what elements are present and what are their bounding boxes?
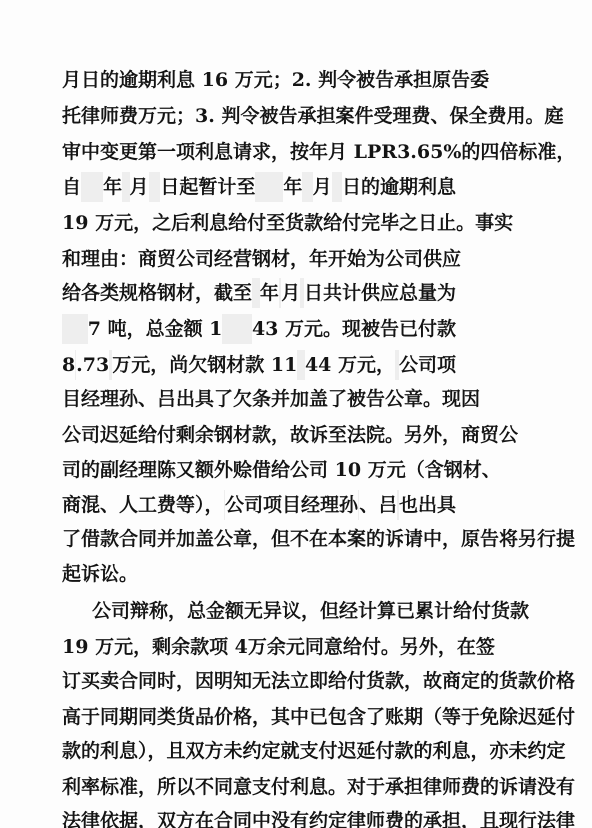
text-line: 托律师费 万元；3. 判令被告承担案件受理费、保全费用。庭 — [62, 101, 456, 131]
text-line: 8 .73 万元，尚欠钢材款 11 44 万元， 公司项 — [62, 350, 456, 380]
redaction-box — [222, 314, 252, 344]
text-line: 法律依据，双方在合同中没有约定律师费的承担，且现行法律 — [62, 806, 456, 828]
text-segment: 公司项目经理孙 — [225, 490, 358, 520]
text-segment: 托律师费 — [62, 101, 138, 131]
text-segment: 月 — [62, 65, 81, 95]
text-segment: 订买卖合同时，因明知无法立即给付货款，故商定的货款价格 — [62, 666, 575, 696]
text-line: 公司辩称，总金额无异议，但经计算已累计给付货款 — [92, 596, 456, 626]
text-segment: 9 万元，剩余款项 4 — [75, 632, 248, 662]
text-line: 商混、人工费等）， 公司项目经理孙 、吕 也出具 — [62, 490, 456, 520]
text-segment: 司的副经理陈 — [62, 455, 176, 485]
text-segment: 7 吨，总金额 1 — [88, 314, 223, 344]
text-line: 1 9 万元，剩余款项 4 万余元同意给付。另外，在签 — [62, 632, 456, 662]
redaction-box — [122, 172, 129, 202]
text-line: 自 年 月 日起暂计至 年 月 日的逾期利息 — [62, 172, 456, 202]
text-segment: 商混、人工费等）， — [62, 490, 224, 520]
text-segment: 月 — [281, 278, 300, 308]
text-segment: 万元；3. 判令被告承担案件受理费、保全费用。庭 — [138, 101, 563, 131]
text-segment: 年 — [103, 172, 122, 202]
text-segment: 商贸公司经营钢材， — [138, 244, 309, 274]
redaction-box — [297, 350, 305, 380]
text-segment: 目经理孙 — [62, 384, 138, 414]
text-segment: 出具了欠条并加盖了被告公章。现因 — [176, 384, 480, 414]
text-line: 公司迟延给付剩余钢材款，故诉至法院。另外， 商贸公 — [62, 420, 456, 450]
redaction-box — [255, 172, 283, 202]
text-segment: 起诉讼。 — [62, 559, 138, 589]
text-segment: 1 — [62, 632, 75, 662]
text-segment: 公司迟延给付剩余钢材款，故诉至法院。另外， — [62, 420, 461, 450]
text-segment: 日的逾期利息 — [342, 172, 456, 202]
text-segment: .73 — [76, 350, 109, 380]
text-line: 了借款合同并加盖公章，但不在本案的诉请中，原告将另行提 — [62, 524, 456, 554]
redaction-box — [149, 172, 161, 202]
text-segment: 公司 1 — [290, 455, 348, 485]
text-segment: 商贸公 — [461, 420, 518, 450]
text-segment: 高于同期同类货品价格，其中已包含了账期（等于免除迟延付 — [62, 702, 575, 732]
text-segment: 万元，尚欠钢材款 11 — [112, 350, 297, 380]
text-segment: 款的利息），且双方未约定就支付迟延付款的利息，亦未约定 — [62, 736, 566, 766]
text-segment: 、吕 — [138, 384, 176, 414]
text-segment: 、吕 — [359, 490, 397, 520]
text-segment: 月 — [130, 172, 149, 202]
document-page: 月 日的逾期利息 1 6 万元；2. 判令被告承担原告委 托律师费 万元；3. … — [0, 0, 592, 828]
text-line: 月 日的逾期利息 1 6 万元；2. 判令被告承担原告委 — [62, 65, 456, 95]
redaction-box — [81, 172, 103, 202]
text-segment: 月 — [313, 172, 332, 202]
redaction-box — [302, 172, 312, 202]
text-line: 利率标准，所以不同意支付利息。对于承担律师费的诉请没有 — [62, 772, 456, 802]
redaction-box — [332, 172, 342, 202]
text-segment: 公司项 — [399, 350, 456, 380]
text-line: 订买卖合同时，因明知无法立即给付货款，故商定的货款价格 — [62, 666, 456, 696]
text-segment: 8 — [62, 350, 75, 380]
text-segment: 也出具 — [399, 490, 456, 520]
text-segment: 日的逾期利息 1 — [81, 65, 215, 95]
text-segment: 年 — [283, 172, 302, 202]
text-segment: 43 万元。现被告已付款 — [252, 314, 456, 344]
text-segment: 44 万元， — [305, 350, 395, 380]
text-line: 和理由： 商贸公司经营钢材， 年开始为 公司供应 — [62, 244, 456, 274]
text-segment: 审中变更第一项利息请求，按 — [62, 137, 309, 167]
text-segment: 了借款合同并加盖公章，但不在本案的诉请中，原告将另行提 — [62, 524, 575, 554]
text-segment: 和理由： — [62, 244, 138, 274]
text-segment: 日起暂计至 — [160, 172, 255, 202]
text-line: 司的副经理陈 又额外赊借给 公司 1 0 万元（含钢材、 — [62, 455, 456, 485]
text-segment: 法律依据，双方在合同中没有约定律师费的承担，且现行法律 — [62, 806, 575, 828]
text-segment: 日共计供应总量为 — [304, 278, 456, 308]
text-segment: 又额外赊借给 — [176, 455, 290, 485]
text-segment: 0 万元（含钢材、 — [348, 455, 501, 485]
text-line: 7 吨，总金额 1 43 万元。现被告已付款 — [62, 314, 456, 344]
text-segment: 利率标准，所以不同意支付利息。对于承担律师费的诉请没有 — [62, 772, 575, 802]
text-line: 款的利息），且双方未约定就支付迟延付款的利息，亦未约定 — [62, 736, 456, 766]
text-segment: 年 — [309, 137, 328, 167]
text-segment: 公司辩称，总金额无异议，但经计算已累计给付货款 — [92, 596, 529, 626]
text-line: 目经理孙 、吕 出具了欠条并加盖了被告公章。现因 — [62, 384, 456, 414]
text-segment: 9 万元，之后利息给付至货款给付完毕之日止。事实 — [75, 208, 513, 238]
text-segment: 6 万元；2. 判令被告承担原告委 — [215, 65, 489, 95]
text-line: 起诉讼。 — [62, 559, 456, 589]
text-segment: 自 — [62, 172, 81, 202]
redaction-box — [62, 314, 88, 344]
text-segment: 年 — [260, 278, 279, 308]
text-segment: 1 — [62, 208, 75, 238]
text-segment: 公司供应 — [385, 244, 461, 274]
text-line: 1 9 万元，之后利息给付至货款给付完毕之日止。事实 — [62, 208, 456, 238]
text-segment: 给各类规格钢材，截至 — [62, 278, 252, 308]
text-segment: 万余元同意给付。另外，在签 — [248, 632, 495, 662]
text-line: 给各类规格钢材，截至 年 月 日共计供应总量为 — [62, 278, 456, 308]
text-line: 审中变更第一项利息请求，按 年 月 LPR3.65%的四倍标准， — [62, 137, 456, 167]
redaction-box — [252, 278, 260, 308]
text-segment: 月 LPR3.65%的四倍标准， — [328, 137, 575, 167]
text-line: 高于同期同类货品价格，其中已包含了账期（等于免除迟延付 — [62, 702, 456, 732]
text-segment: 年开始为 — [309, 244, 385, 274]
